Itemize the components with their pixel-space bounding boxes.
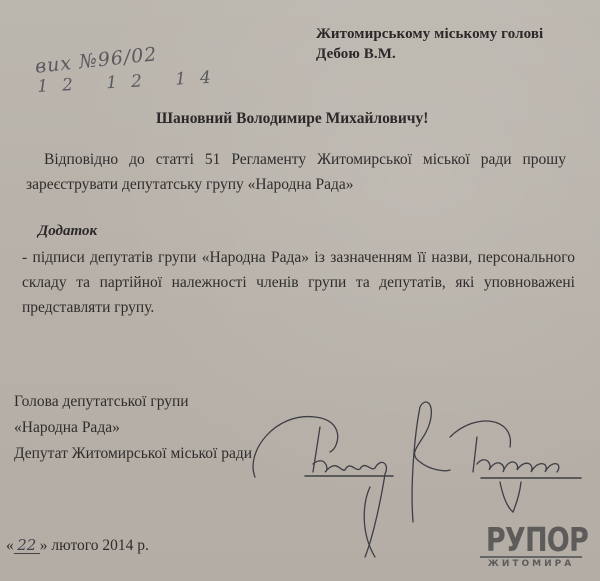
addendum-title: Додаток [38, 223, 97, 240]
signatory-group: «Народна Рада» [14, 415, 252, 441]
document-date: «22» лютого 2014 р. [6, 537, 149, 555]
body-paragraph: Відповідно до статті 51 Регламенту Житом… [26, 147, 566, 197]
addressee-title: Житомирському міському голові [316, 24, 543, 44]
signatory-position: Голова депутатської групи [14, 389, 252, 415]
date-open-quote: « [6, 537, 14, 554]
date-close-quote: » [40, 537, 48, 554]
addressee-block: Житомирському міському голові Дебою В.М. [316, 24, 543, 64]
watermark-logo: РУПОР ЖИТОМИРА [476, 525, 586, 569]
addressee-name: Дебою В.М. [316, 44, 543, 64]
salutation: Шановний Володимире Михайловичу! [156, 110, 428, 128]
signatory-block: Голова депутатської групи «Народна Рада»… [14, 389, 252, 467]
addendum-text: - підписи депутатів групи «Народна Рада»… [22, 245, 575, 320]
date-month-year: лютого 2014 р. [51, 537, 149, 554]
date-day-handwritten: 22 [14, 538, 40, 554]
watermark-main-text: РУПОР [486, 525, 576, 555]
signatory-role: Депутат Житомирської міської ради [14, 441, 252, 467]
